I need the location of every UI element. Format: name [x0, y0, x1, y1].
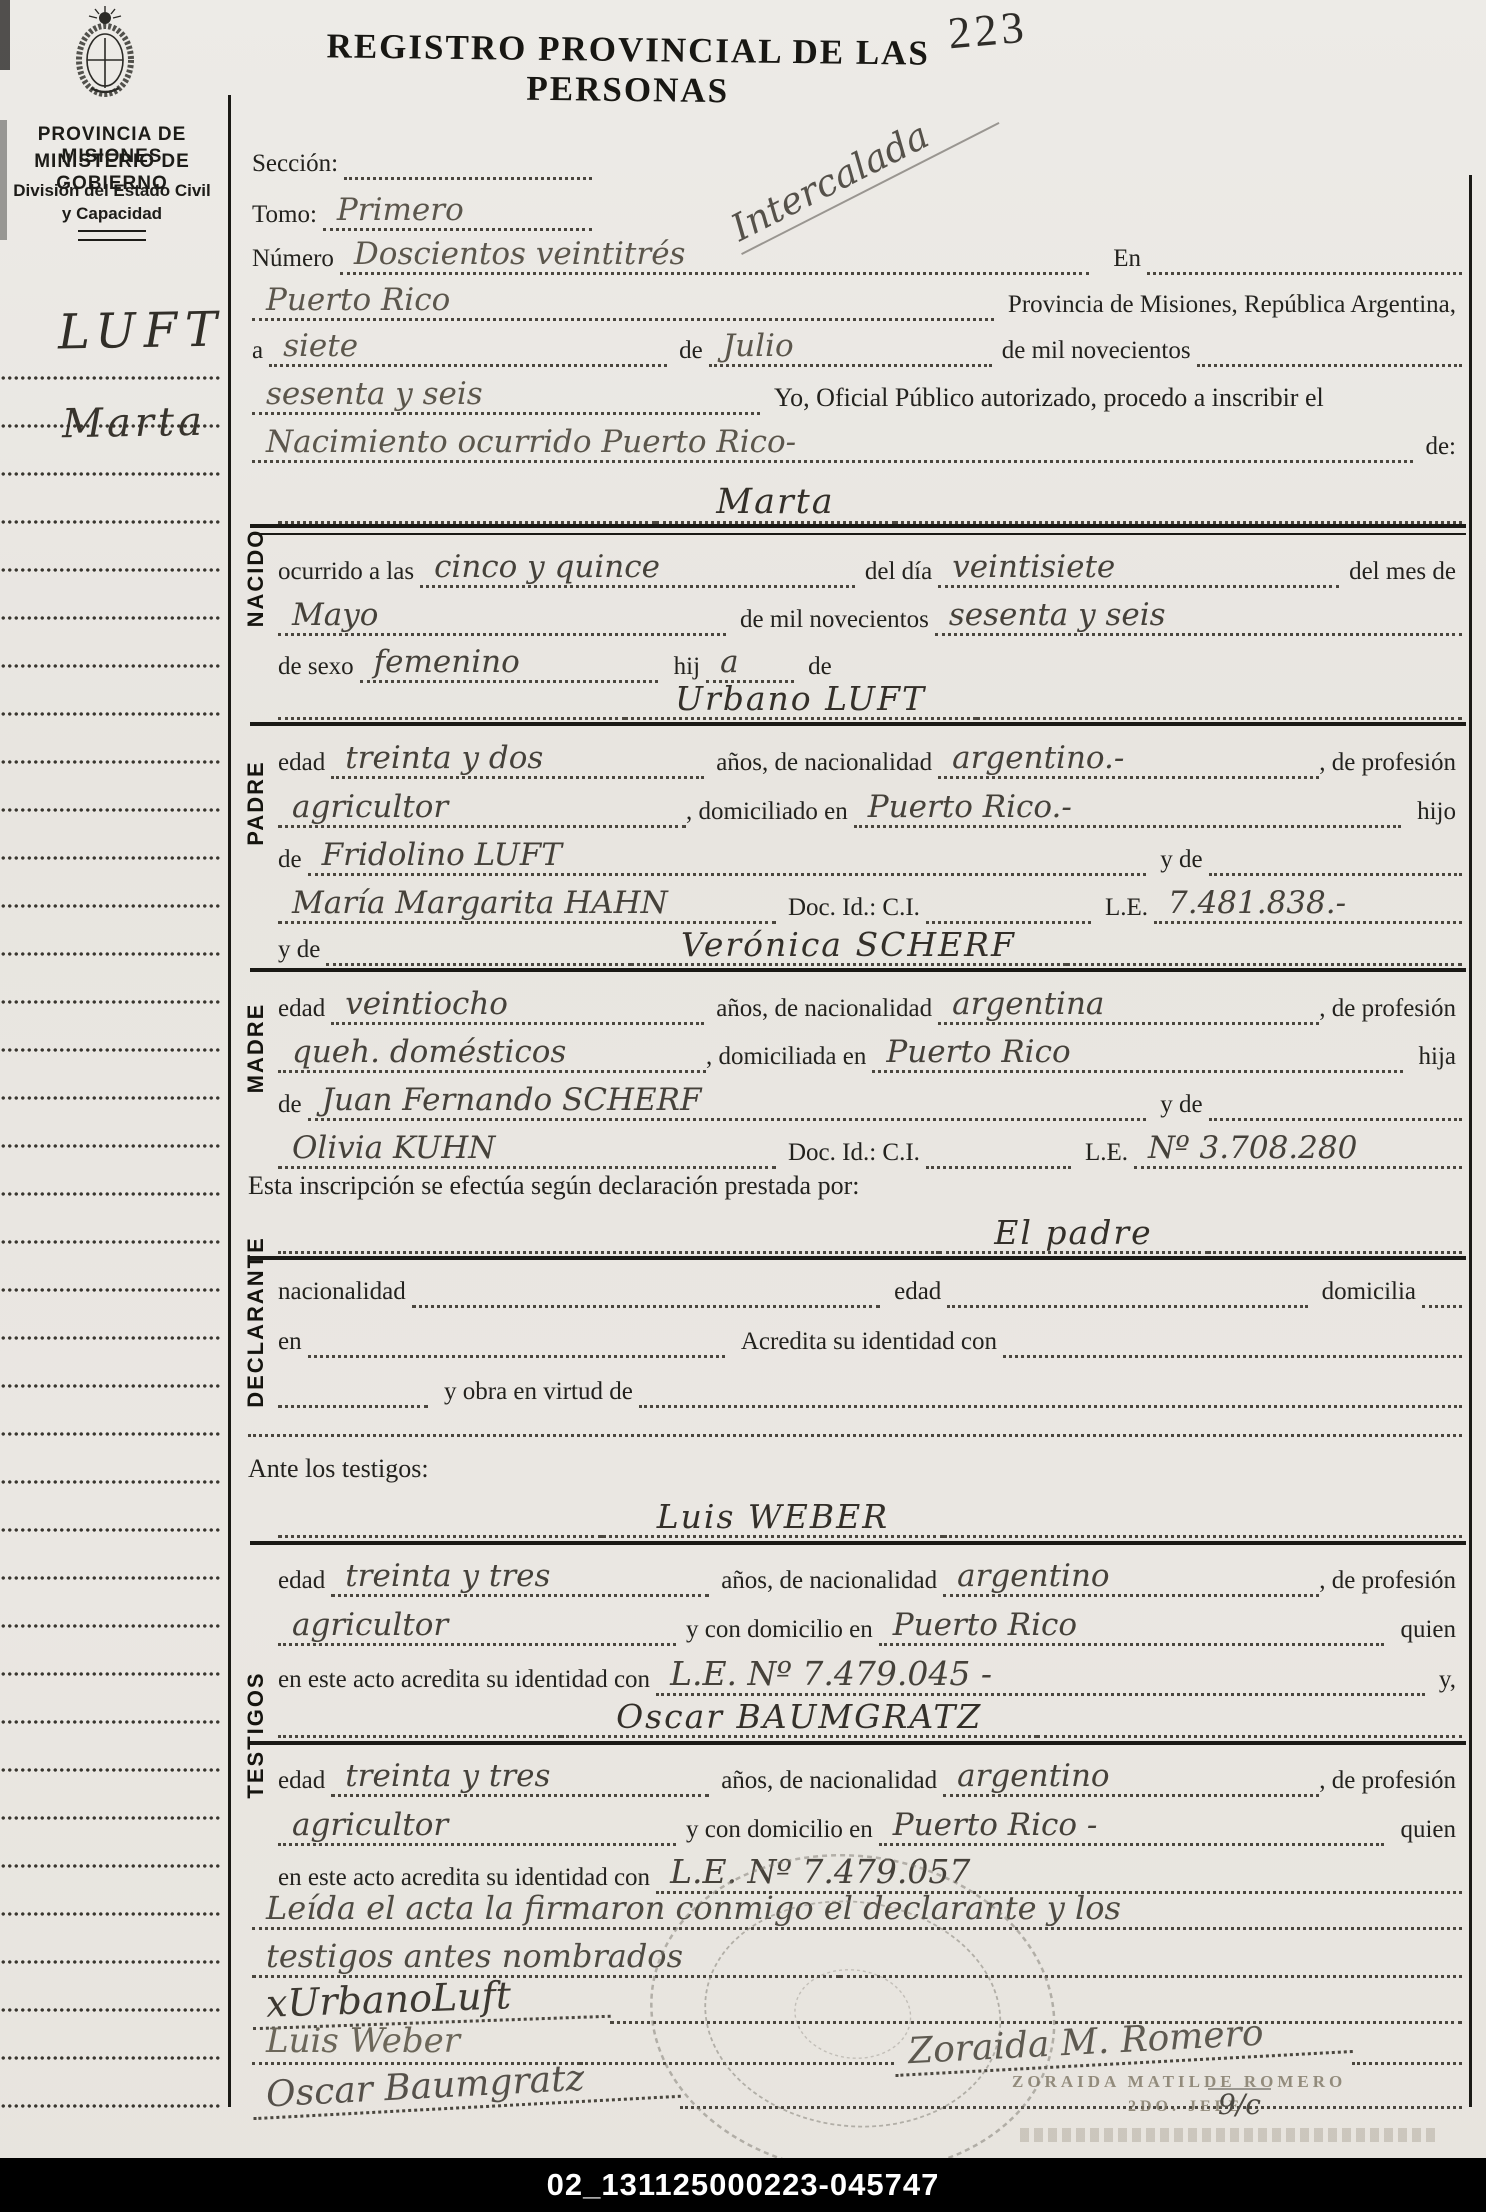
padre-line2: agricultor , domiciliado en Puerto Rico.… [278, 791, 1462, 828]
registry-stamp [618, 1842, 1088, 2162]
padre-abuela-value: María Margarita HAHN [278, 887, 776, 924]
domicilia-blank [1422, 1299, 1462, 1308]
en-label: En [1089, 245, 1147, 275]
a-label: a [252, 337, 269, 367]
del-mes-label: del mes de [1339, 558, 1462, 588]
place-row: Puerto Rico Provincia de Misiones, Repúb… [252, 284, 1462, 321]
padre-abuelo-value: Fridolino LUFT [308, 839, 1147, 876]
testigo1-doc-value: L.E. Nº 7.479.045 - [656, 1657, 1425, 1696]
section-label-madre: MADRE [243, 1003, 269, 1094]
testigo1-y-label: y, [1425, 1666, 1462, 1696]
testigo1-quien-label: quien [1384, 1616, 1462, 1646]
birth-month-value: Mayo [278, 599, 726, 636]
testigo1-dom-label: y con domicilio en [676, 1616, 879, 1646]
birth-year-value: sesenta y seis [935, 599, 1462, 636]
testigo1-name-value: Luis WEBER [602, 1500, 944, 1538]
madre-line3: de Juan Fernando SCHERF y de [278, 1084, 1462, 1121]
madre-nac-label: años, de nacionalidad [704, 995, 938, 1025]
testigo2-line2: agricultor y con domicilio en Puerto Ric… [278, 1809, 1462, 1846]
nacido-name-lead [278, 515, 656, 524]
margin-given-name: Marta [62, 401, 207, 446]
madre-dom-label: , domiciliada en [706, 1043, 872, 1073]
obra-blank [639, 1399, 1462, 1408]
testigo2-name-row: Oscar BAUMGRATZ [278, 1700, 1462, 1738]
right-form-rule [1469, 175, 1472, 2107]
birth-day-value: veintisiete [938, 551, 1339, 588]
madre-prof-label: , de profesión [1319, 995, 1462, 1025]
testigo2-nac-value: argentino [943, 1760, 1319, 1797]
padre-prof-value: agricultor [278, 791, 686, 828]
stamp-official-name: ZORAIDA MATILDE ROMERO [1012, 2072, 1346, 2092]
obra-lead-blank [278, 1399, 428, 1408]
coat-of-arms-icon [55, 4, 155, 104]
padre-hijo-label: hijo [1401, 798, 1462, 828]
scan-code: 02_131125000223-045747 [547, 2167, 940, 2203]
testigo2-name-value: Oscar BAUMGRATZ [561, 1700, 1037, 1738]
padre-doc-blank [926, 915, 1091, 924]
tomo-value: Primero [323, 194, 592, 231]
testigo1-line1: edad treinta y tres años, de nacionalida… [278, 1560, 1462, 1597]
madre-y-de2-label: y de [1146, 1091, 1208, 1121]
nacido-line3: de sexo femenino hij a de [278, 646, 998, 683]
testigo2-name-lead [278, 1729, 561, 1738]
year-blank [1197, 358, 1462, 367]
faint-stamp-line [1020, 2128, 1440, 2142]
madre-heavy-rule [250, 968, 1466, 972]
hij-suffix-value: a [706, 646, 794, 683]
testigo2-quien-label: quien [1384, 1816, 1462, 1846]
testigo2-heavy-rule [250, 1741, 1466, 1745]
madre-y-de-label: y de [278, 936, 326, 966]
birth-certificate-scan: PROVINCIA DE MISIONES MINISTERIO DE GOBI… [0, 0, 1486, 2212]
del-dia-label: del día [855, 558, 938, 588]
declarante-heavy-rule [250, 1256, 1466, 1260]
month-value: Julio [709, 330, 992, 367]
nacido-name-row: Marta [278, 484, 1462, 524]
padre-doc-label: Doc. Id.: C.I. [776, 894, 926, 924]
year-value: sesenta y seis [252, 378, 760, 415]
padre-dom-label: , domiciliado en [686, 798, 854, 828]
testigo1-name-row: Luis WEBER [278, 1500, 1462, 1538]
declarante-en-blank [308, 1349, 725, 1358]
declaracion-text: Esta inscripción se efectúa según declar… [248, 1172, 865, 1203]
madre-prof-value: queh. domésticos [278, 1036, 706, 1073]
padre-line3: de Fridolino LUFT y de [278, 839, 1462, 876]
nacido-mil-label: de mil novecientos [726, 606, 935, 636]
scan-edge-mark [0, 0, 10, 70]
sexo-label: de sexo [278, 653, 360, 683]
seccion-row: Sección: [252, 150, 592, 180]
nacionalidad-blank [412, 1299, 880, 1308]
numero-value: Doscientos veintitrés [340, 238, 1089, 275]
section-label-padre: PADRE [243, 760, 269, 845]
seccion-blank [344, 171, 592, 180]
section-label-testigos: TESTIGOS [243, 1671, 269, 1798]
padre-name-value: Urbano LUFT [625, 682, 976, 720]
de-colon-label: de: [1413, 433, 1462, 463]
padre-abuela-blank [1209, 867, 1462, 876]
page-title: REGISTRO PROVINCIAL DE LAS PERSONAS [288, 26, 969, 114]
numero-row: Número Doscientos veintitrés En [252, 238, 1462, 275]
page-number: 223 [946, 1, 1030, 60]
padre-name-row: Urbano LUFT [278, 682, 1462, 720]
madre-name-trail [1066, 957, 1462, 966]
testigo1-edad-value: treinta y tres [331, 1560, 709, 1597]
madre-hija-label: hija [1403, 1043, 1463, 1073]
padre-nac-label: años, de nacionalidad [704, 749, 938, 779]
declarante-name-row: El padre [278, 1216, 1462, 1254]
madre-line1: edad veintiocho años, de nacionalidad ar… [278, 988, 1462, 1025]
event-value: Nacimiento ocurrido Puerto Rico- [252, 426, 1413, 463]
padre-edad-value: treinta y dos [331, 742, 704, 779]
testigo2-edad-value: treinta y tres [331, 1760, 709, 1797]
event-row: Nacimiento ocurrido Puerto Rico- de: [252, 426, 1462, 463]
nacido-line2: Mayo de mil novecientos sesenta y seis [278, 599, 1462, 636]
testigo1-nac-label: años, de nacionalidad [709, 1567, 943, 1597]
declarante-line3: y obra en virtud de [278, 1378, 1462, 1408]
declarante-line2: en Acredita su identidad con [278, 1328, 1462, 1358]
left-form-rule [228, 95, 231, 2107]
acredita-blank [1003, 1349, 1462, 1358]
padre-prof-label: , de profesión [1319, 749, 1462, 779]
day-value: siete [269, 330, 667, 367]
padre-line1: edad treinta y dos años, de nacionalidad… [278, 742, 1462, 779]
madre-abuelo-value: Juan Fernando SCHERF [308, 1084, 1147, 1121]
ante-testigos-label: Ante los testigos: [248, 1455, 435, 1486]
madre-edad-label: edad [278, 995, 331, 1025]
padre-name-lead [278, 711, 625, 720]
stamp-handwritten-note: 9/c [1208, 2088, 1271, 2119]
office-division-line1: División del Estado Civil [6, 181, 218, 201]
margin-ruled-lines [0, 340, 222, 2112]
padre-le-label: L.E. [1091, 894, 1154, 924]
padre-dom-value: Puerto Rico.- [854, 791, 1401, 828]
madre-name-lead [326, 957, 631, 966]
nacido-name-trail [895, 515, 1462, 524]
acredita-label: Acredita su identidad con [725, 1328, 1003, 1358]
witness1-signature: Luis Weber [252, 2021, 580, 2065]
padre-edad-label: edad [278, 749, 331, 779]
padre-heavy-rule [250, 722, 1466, 726]
testigo2-nac-label: años, de nacionalidad [709, 1767, 943, 1797]
padre-le-value: 7.481.838.- [1154, 887, 1462, 924]
madre-name-value: Verónica SCHERF [631, 928, 1066, 966]
testigo1-prof-value: agricultor [278, 1609, 676, 1646]
testigo1-line3: en este acto acredita su identidad con L… [278, 1657, 1462, 1696]
seccion-label: Sección: [252, 150, 344, 180]
declarante-lead [278, 1245, 939, 1254]
year-row: sesenta y seis Yo, Oficial Público autor… [252, 378, 1462, 415]
testigo2-edad-label: edad [278, 1767, 331, 1797]
madre-line4: Olivia KUHN Doc. Id.: C.I. L.E. Nº 3.708… [278, 1132, 1462, 1169]
heading-underline-ornament [78, 230, 146, 241]
date-row: a siete de Julio de mil novecientos [252, 330, 1462, 367]
numero-label: Número [252, 245, 340, 275]
madre-dom-value: Puerto Rico [872, 1036, 1402, 1073]
testigo1-dom-value: Puerto Rico [879, 1609, 1385, 1646]
madre-abuela-blank [1209, 1112, 1462, 1121]
testigo2-name-trail [1037, 1729, 1462, 1738]
nacido-heavy-rule-2 [250, 533, 1466, 535]
declarante-line1: nacionalidad edad domicilia [278, 1278, 1462, 1308]
tomo-row: Tomo: Primero [252, 194, 592, 231]
nacido-heavy-rule [250, 524, 1466, 528]
oficial-text: Yo, Oficial Público autorizado, procedo … [760, 384, 1330, 415]
tomo-label: Tomo: [252, 201, 323, 231]
madre-doc-label: Doc. Id.: C.I. [776, 1139, 926, 1169]
domicilia-label: domicilia [1308, 1278, 1422, 1308]
testigo1-prof-label: , de profesión [1319, 1567, 1462, 1597]
madre-line2: queh. domésticos , domiciliada en Puerto… [278, 1036, 1462, 1073]
testigo1-heavy-rule [250, 1541, 1466, 1545]
madre-doc-blank [926, 1160, 1071, 1169]
testigo1-name-trail [944, 1529, 1462, 1538]
declarante-en-label: en [278, 1328, 308, 1358]
madre-edad-value: veintiocho [331, 988, 704, 1025]
testigo2-line1: edad treinta y tres años, de nacionalida… [278, 1760, 1462, 1797]
testigo1-line2: agricultor y con domicilio en Puerto Ric… [278, 1609, 1462, 1646]
padre-name-trail [976, 711, 1462, 720]
madre-abuela-value: Olivia KUHN [278, 1132, 776, 1169]
declarante-edad-label: edad [880, 1278, 947, 1308]
declaracion-row: Esta inscripción se efectúa según declar… [248, 1172, 1462, 1203]
padre-de-label: de [278, 846, 308, 876]
testigo1-nac-value: argentino [943, 1560, 1319, 1597]
madre-nac-value: argentina [938, 988, 1319, 1025]
declarante-bottom-blank [248, 1428, 1462, 1437]
declarante-trail [1208, 1245, 1462, 1254]
padre-nac-value: argentino.- [938, 742, 1319, 779]
madre-de-label: de [278, 1091, 308, 1121]
de-label: de [667, 337, 709, 367]
mil-label: de mil novecientos [992, 337, 1197, 367]
section-label-declarante: DECLARANTE [243, 1236, 269, 1408]
testigo1-acredita-label: en este acto acredita su identidad con [278, 1666, 656, 1696]
obra-label: y obra en virtud de [428, 1378, 639, 1408]
office-division-line2: y Capacidad [6, 204, 218, 224]
nacido-name-value: Marta [656, 484, 894, 524]
madre-le-value: Nº 3.708.280 [1134, 1132, 1462, 1169]
ante-testigos-row: Ante los testigos: [248, 1455, 848, 1486]
padre-line4: María Margarita HAHN Doc. Id.: C.I. L.E.… [278, 887, 1462, 924]
provincia-text: Provincia de Misiones, República Argenti… [994, 291, 1462, 321]
testigo2-prof-value: agricultor [278, 1809, 676, 1846]
sexo-value: femenino [360, 646, 658, 683]
place-value: Puerto Rico [252, 284, 994, 321]
margin-surname: LUFT [58, 305, 226, 358]
en-blank [1147, 266, 1462, 275]
section-label-nacido: NACIDO [243, 529, 269, 628]
declarante-bottom-dots [248, 1428, 1462, 1437]
testigo1-edad-label: edad [278, 1567, 331, 1597]
ocurrido-label: ocurrido a las [278, 558, 420, 588]
padre-y-de-label: y de [1146, 846, 1208, 876]
nacionalidad-label: nacionalidad [278, 1278, 412, 1308]
declared-by-value: El padre [939, 1216, 1207, 1254]
madre-le-label: L.E. [1071, 1139, 1134, 1169]
nacido-line1: ocurrido a las cinco y quince del día ve… [278, 551, 1462, 588]
testigo1-name-lead [278, 1529, 602, 1538]
time-value: cinco y quince [420, 551, 855, 588]
testigo2-prof-label: , de profesión [1319, 1767, 1462, 1797]
scan-footer-bar: 02_131125000223-045747 [0, 2158, 1486, 2212]
declarante-edad-blank [947, 1299, 1307, 1308]
madre-name-row: y de Verónica SCHERF [278, 928, 1462, 966]
testigo2-dom-value: Puerto Rico - [879, 1809, 1385, 1846]
